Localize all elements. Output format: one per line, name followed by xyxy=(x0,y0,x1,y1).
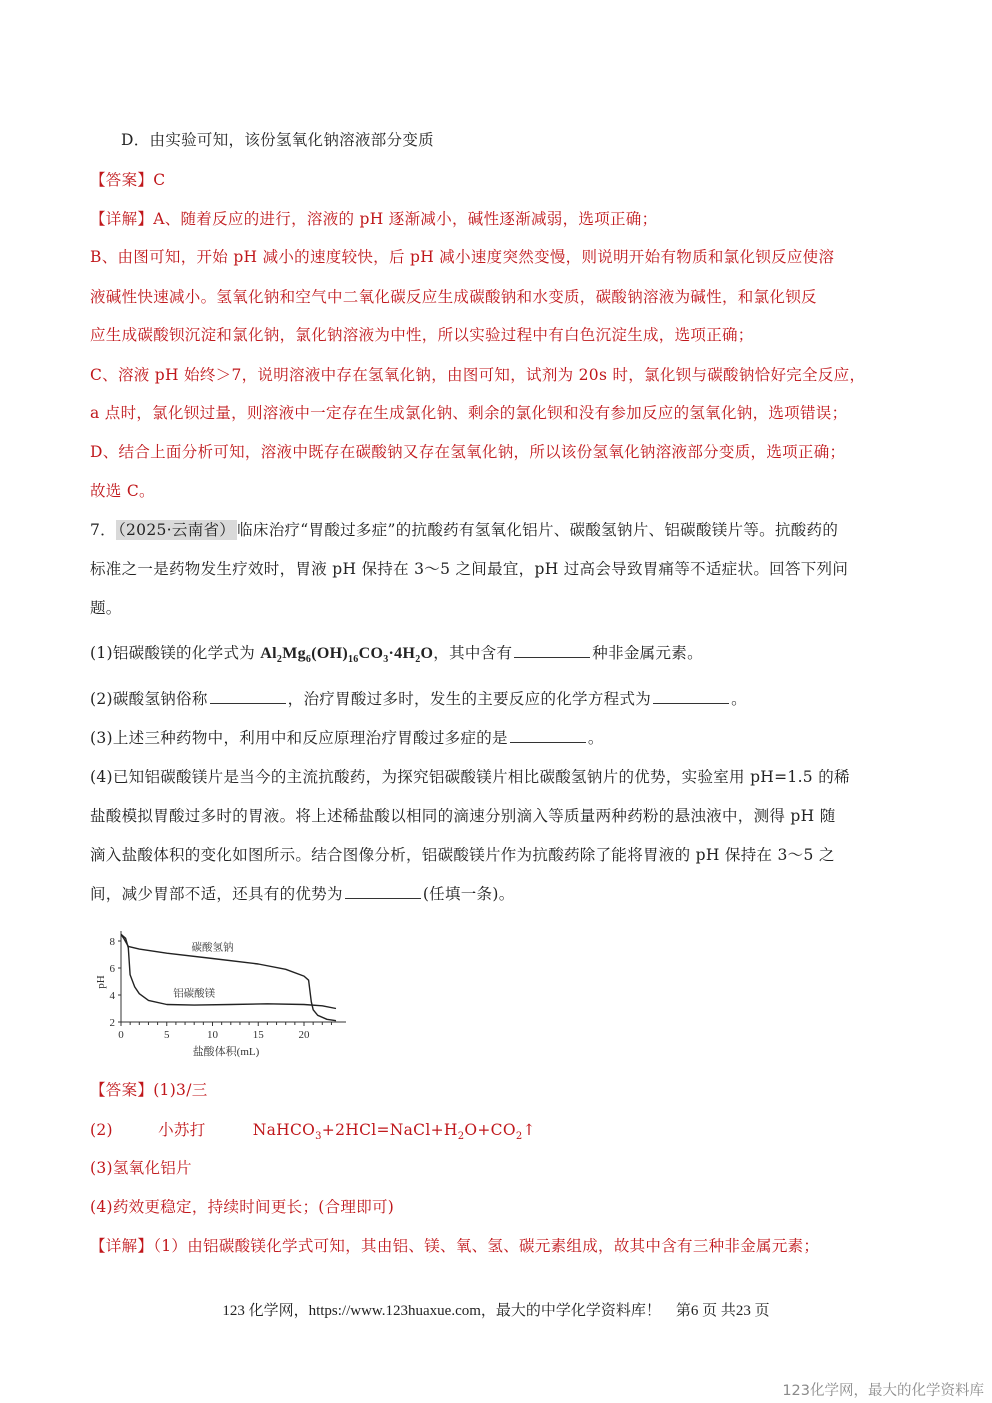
q7-sub-2: (2)碳酸氢钠俗称，治疗胃酸过多时，发生的主要反应的化学方程式为。 xyxy=(90,688,747,710)
prev-detail-line-1: B、由图可知，开始 pH 减小的速度较快，后 pH 减小速度突然变慢，则说明开始… xyxy=(90,246,834,268)
option-d: D．由实验可知，该份氢氧化钠溶液部分变质 xyxy=(121,129,434,151)
q7-sub-1: (1)铝碳酸镁的化学式为 Al2Mg6(OH)16CO3·4H2O，其中含有种非… xyxy=(90,642,703,671)
answer-value: C xyxy=(153,171,165,189)
prev-detail-line-2: 液碱性快速减小。氢氧化钠和空气中二氧化碳反应生成碳酸钠和水变质，碳酸钠溶液为碱性… xyxy=(90,286,817,308)
answer-2-name: 小苏打 xyxy=(158,1119,205,1141)
prev-detail-line-6: D、结合上面分析可知，溶液中既存在碳酸钠又存在氢氧化钠，所以该份氢氧化钠溶液部分… xyxy=(90,441,845,463)
y-ticks: 2468 xyxy=(110,936,122,1029)
prev-detail-line-4: C、溶液 pH 始终＞7，说明溶液中存在氢氧化钠，由图可知，试剂为 20s 时，… xyxy=(90,364,865,386)
svg-text:0: 0 xyxy=(118,1029,124,1041)
svg-text:碳酸氢钠: 碳酸氢钠 xyxy=(192,940,234,953)
q7-stem-line-0: 7．（2025·云南省）临床治疗“胃酸过多症”的抗酸药有氢氧化铝片、碳酸氢钠片、… xyxy=(90,519,838,541)
prev-answer: 【答案】C xyxy=(90,169,165,191)
prev-detail-line-5: a 点时，氯化钡过量，则溶液中一定存在生成氯化钠、剩余的氯化钡和没有参加反应的氢… xyxy=(90,402,847,424)
svg-text:20: 20 xyxy=(299,1029,311,1041)
q7-stem-line-2: 题。 xyxy=(90,597,122,619)
page-footer: 123 化学网，https://www.123huaxue.com，最大的中学化… xyxy=(0,1299,992,1320)
ph-titration-chart: 2468 05101520 碳酸氢钠铝碳酸镁 pH 盐酸体积(mL) xyxy=(96,924,356,1064)
q7-answer-2: (2) 小苏打 NaHCO3+2HCl=NaCl+H2O+CO2↑ xyxy=(90,1119,536,1148)
q7-stem-line-1: 标准之一是药物发生疗效时，胃液 pH 保持在 3～5 之间最宜，pH 过高会导致… xyxy=(90,558,848,580)
q7-sub-3: (3)上述三种药物中，利用中和反应原理治疗胃酸过多症的是。 xyxy=(90,727,604,749)
answer-blank-3[interactable] xyxy=(510,728,586,743)
q7-answer: 【答案】(1)3/三 xyxy=(90,1079,208,1101)
answer-tag: 【答案】 xyxy=(90,1081,153,1099)
q7-answer-3: (3)氢氧化铝片 xyxy=(90,1157,192,1179)
answer-1: (1)3/三 xyxy=(153,1081,207,1099)
q7-sub-4-line-2: 滴入盐酸体积的变化如图所示。结合图像分析，铝碳酸镁片作为抗酸药除了能将胃液的 p… xyxy=(90,844,835,866)
q7-sub-4-line-0: (4)已知铝碳酸镁片是当今的主流抗酸药，为探究铝碳酸镁片相比碳酸氢钠片的优势，实… xyxy=(90,766,850,788)
q7-detail-1: 【详解】（1）由铝碳酸镁化学式可知，其由铝、镁、氧、氢、碳元素组成，故其中含有三… xyxy=(90,1235,819,1257)
question-number: 7． xyxy=(90,521,116,539)
prev-detail-line-7: 故选 C。 xyxy=(90,480,155,502)
svg-text:铝碳酸镁: 铝碳酸镁 xyxy=(173,986,215,999)
chart-labels: 碳酸氢钠铝碳酸镁 xyxy=(173,940,234,999)
q7-answer-4: (4)药效更稳定，持续时间更长；(合理即可) xyxy=(90,1196,394,1218)
y-axis-label: pH xyxy=(96,975,107,989)
answer-2-equation: NaHCO3+2HCl=NaCl+H2O+CO2↑ xyxy=(253,1119,536,1148)
answer-blank-1[interactable] xyxy=(514,643,590,658)
question-source-badge: （2025·云南省） xyxy=(116,520,237,540)
q7-sub-4-line-3: 间，减少胃部不适，还具有的优势为(任填一条)。 xyxy=(90,883,515,905)
svg-text:15: 15 xyxy=(253,1029,265,1041)
prev-detail-line-3: 应生成碳酸钡沉淀和氯化钠，氯化钠溶液为中性，所以实验过程中有白色沉淀生成，选项正… xyxy=(90,324,754,346)
answer-blank-4[interactable] xyxy=(345,884,421,899)
x-ticks: 05101520 xyxy=(118,1022,331,1041)
svg-text:8: 8 xyxy=(110,936,116,948)
prev-detail-line-0: 【详解】A、随着反应的进行，溶液的 pH 逐渐减小，碱性逐渐减弱，选项正确； xyxy=(90,208,657,230)
answer-blank-2b[interactable] xyxy=(653,689,729,704)
answer-tag: 【答案】 xyxy=(90,171,153,189)
q7-sub-4-line-1: 盐酸模拟胃酸过多时的胃液。将上述稀盐酸以相同的滴速分别滴入等质量两种药粉的悬浊液… xyxy=(90,805,836,827)
svg-text:4: 4 xyxy=(110,990,116,1002)
site-watermark: 123化学网，最大的化学资料库 xyxy=(782,1379,984,1400)
detail-tag: 【详解】 xyxy=(90,1237,153,1255)
x-axis-label: 盐酸体积(mL) xyxy=(193,1044,260,1058)
chemical-formula: Al2Mg6(OH)16CO3·4H2O xyxy=(260,645,433,662)
svg-text:2: 2 xyxy=(110,1017,116,1029)
svg-text:6: 6 xyxy=(110,963,116,975)
svg-text:10: 10 xyxy=(207,1029,219,1041)
answer-blank-2a[interactable] xyxy=(210,689,286,704)
svg-text:5: 5 xyxy=(164,1029,170,1041)
detail-tag: 【详解】 xyxy=(90,210,153,228)
